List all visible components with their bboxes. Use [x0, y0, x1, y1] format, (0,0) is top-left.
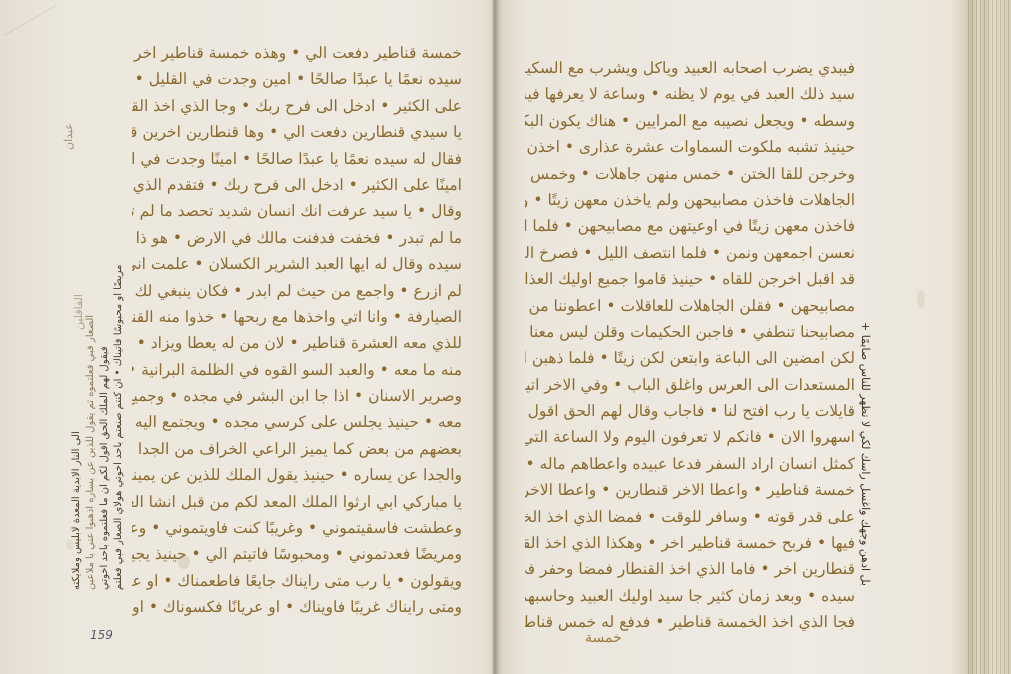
- text-line: وصرير الاسنان • اذا جا ابن البشر في مجده…: [132, 383, 462, 409]
- text-line: وعطشت فاسقيتموني • وغريبًا كنت فاويتموني…: [132, 515, 462, 541]
- text-line: قايلات يا رب افتح لنا • فاجاب وقال لهم ا…: [525, 398, 855, 424]
- text-line: قد اقبل اخرجن للقاه • حينيذ قاموا جميع ا…: [525, 266, 855, 292]
- text-line: المستعدات الى العرس واغلق الباب • وفي ال…: [525, 372, 855, 398]
- text-line: فاخذن معهن زيتًا في اوعيتهن مع مصابيحهن …: [525, 213, 855, 239]
- text-line: فيها • فربح خمسة قناطير اخر • وهكذا الذي…: [525, 530, 855, 556]
- text-line: والجدا عن يساره • حينيذ يقول الملك للذين…: [132, 462, 462, 488]
- text-line: فيبدي يضرب اصحابه العبيد وياكل ويشرب مع …: [525, 55, 855, 81]
- text-line: اسهروا الان • فانكم لا تعرفون اليوم ولا …: [525, 424, 855, 450]
- paper-stain: [917, 290, 925, 308]
- text-line: قنطارين اخر • فاما الذي اخذ القنطار فمضا…: [525, 556, 855, 582]
- text-line: سيده نعمًا يا عبدًا صالحًا • امين وجدت ف…: [132, 66, 462, 92]
- text-line: يا مباركي ابي ارثوا الملك المعد لكم من ق…: [132, 489, 462, 515]
- text-line: وخرجن للقا الختن • خمس منهن جاهلات • وخم…: [525, 161, 855, 187]
- text-line: مصابيحنا تنطفي • فاجبن الحكيمات وقلن ليس…: [525, 319, 855, 345]
- text-line: منه ما معه • والعبد السو القوه في الظلمة…: [132, 357, 462, 383]
- text-line: معه • حينيذ يجلس على كرسي مجده • ويجتمع …: [132, 409, 462, 435]
- page-edges: [968, 0, 1011, 674]
- text-line: لكن امضين الى الباعة وابتعن لكن زيتًا • …: [525, 345, 855, 371]
- text-line: خمسة قناطير دفعت الي • وهذه خمسة قناطير …: [132, 40, 462, 66]
- text-line: لم ازرع • واجمع من حيث لم ابدر • فكان ين…: [132, 278, 462, 304]
- text-line: سيده • وبعد زمان كثير جا سيد اوليك العبي…: [525, 583, 855, 609]
- text-line: امينًا على الكثير • ادخل الى فرح ربك • ف…: [132, 172, 462, 198]
- text-line: فقال له سيده نعمًا يا عبدًا صالحًا • امي…: [132, 146, 462, 172]
- text-line: ويقولون • يا رب متى رايناك جايعًا فاطعمن…: [132, 568, 462, 594]
- text-line: على الكثير • ادخل الى فرح ربك • وجا الذي…: [132, 93, 462, 119]
- right-page-text: فيبدي يضرب اصحابه العبيد وياكل ويشرب مع …: [525, 55, 855, 636]
- text-line: وقال • يا سيد عرفت انك انسان شديد تحصد م…: [132, 198, 462, 224]
- left-page: خمسة قناطير دفعت الي • وهذه خمسة قناطير …: [0, 0, 495, 674]
- text-line: ما لم تبدر • فخفت فدفنت مالك في الارض • …: [132, 225, 462, 251]
- catchword: خمسة: [585, 630, 622, 646]
- text-line: نعسن اجمعهن ونمن • فلما انتصف الليل • فص…: [525, 240, 855, 266]
- margin-note-top: عيدان: [62, 123, 76, 150]
- text-line: بعضهم من بعض كما يميز الراعي الخراف من ا…: [132, 436, 462, 462]
- margin-note-vertical: الى النار الابدية المعدة لابليس وملايكته: [70, 230, 84, 590]
- left-page-text: خمسة قناطير دفعت الي • وهذه خمسة قناطير …: [132, 40, 462, 621]
- text-line: خمسة قناطير • واعطا الاخر قنطارين • واعط…: [525, 477, 855, 503]
- text-line: الصيارفة • وانا اتي واخذها مع ربحها • خذ…: [132, 304, 462, 330]
- text-line: سيد ذلك العبد في يوم لا يظنه • وساعة لا …: [525, 81, 855, 107]
- text-line: مصابيحهن • فقلن الجاهلات للعاقلات • اعطو…: [525, 293, 855, 319]
- text-line: ومتى رايناك غريبًا فاويناك • او عريانًا …: [132, 594, 462, 620]
- text-line: كمثل انسان اراد السفر فدعا عبيده واعطاهم…: [525, 451, 855, 477]
- margin-note-vertical: + بل ادهن وجهك واغسل راسك لكي لا تظهر لل…: [858, 322, 872, 552]
- folio-number: 159: [90, 628, 113, 642]
- text-line: يا سيدي قنطارين دفعت الي • وها قنطارين ا…: [132, 119, 462, 145]
- text-line: وسطه • ويجعل نصيبه مع المرايين • هناك يك…: [525, 108, 855, 134]
- text-line: الجاهلات فاخذن مصابيحهن ولم ياخذن معهن ز…: [525, 187, 855, 213]
- margin-note-vertical: مريضًا او محبوسًا فاتيناك • ان كنتم صنعت…: [112, 230, 126, 590]
- manuscript-spread: خمسة قناطير دفعت الي • وهذه خمسة قناطير …: [0, 0, 1011, 674]
- right-page: فيبدي يضرب اصحابه العبيد وياكل ويشرب مع …: [497, 0, 1011, 674]
- text-line: فجا الذي اخذ الخمسة قناطير • فدفع له خمس…: [525, 609, 855, 635]
- paper-crease: [4, 5, 56, 36]
- margin-note-vertical: الصغار فبي فعلتموه ثم يقول للذين عن يسار…: [84, 230, 98, 590]
- text-line: على قدر قوته • وسافر للوقت • فمضا الذي ا…: [525, 504, 855, 530]
- text-line: سيده وقال له ايها العبد الشرير الكسلان •…: [132, 251, 462, 277]
- text-line: للذي معه العشرة قناطير • لان من له يعطا …: [132, 330, 462, 356]
- text-line: ومريضًا فعدتموني • ومحبوسًا فاتيتم الي •…: [132, 541, 462, 567]
- margin-note-vertical: فيقول لهم الملك الحق اقول لكم ان ما فعلت…: [98, 230, 112, 590]
- text-line: حينيذ تشبه ملكوت السماوات عشرة عذارى • ا…: [525, 134, 855, 160]
